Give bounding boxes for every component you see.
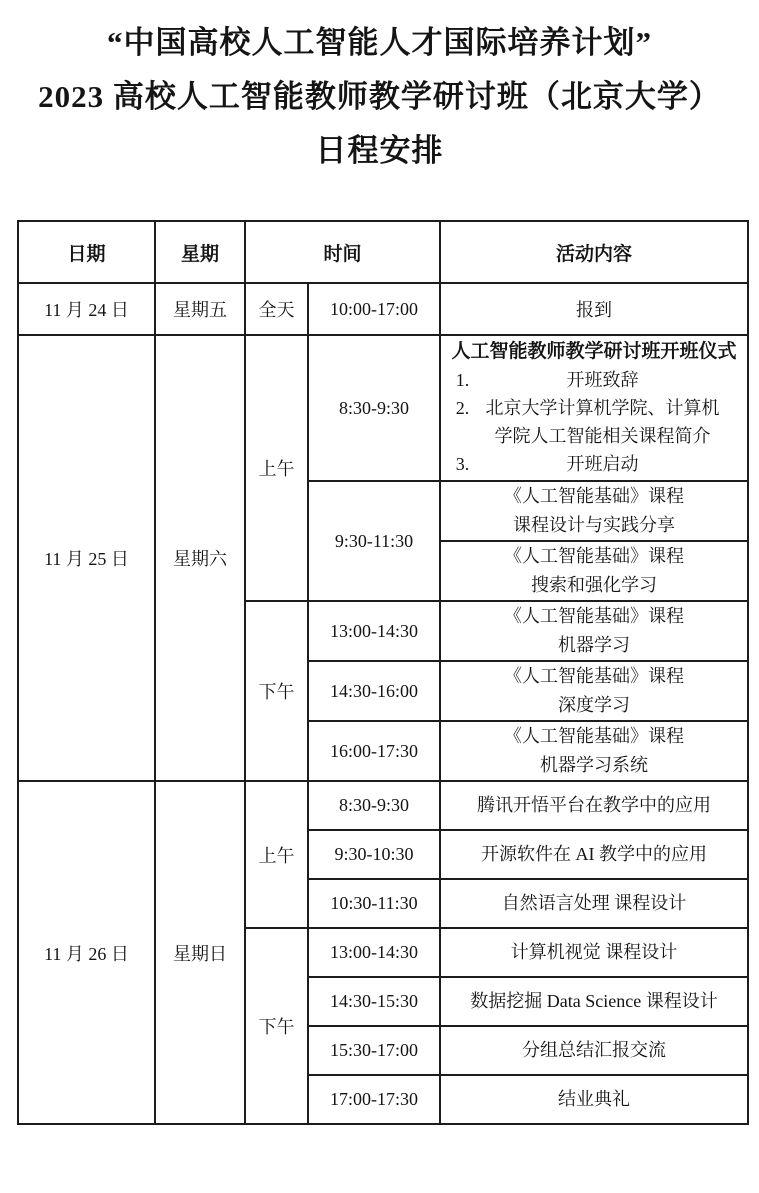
cell-nov26-morning-label: 上午 [245, 781, 308, 928]
cell-nov24-date: 11 月 24 日 [18, 283, 155, 335]
cell-nov25-afternoon-1-slot: 13:00-14:30 [308, 601, 440, 661]
header-date: 日期 [18, 221, 155, 283]
cell-nov26-morning-3-slot: 10:30-11:30 [308, 879, 440, 928]
cell-nov26-afternoon-label: 下午 [245, 928, 308, 1124]
cell-nov26-afternoon-2-slot: 14:30-15:30 [308, 977, 440, 1026]
row-nov24: 11 月 24 日 星期五 全天 10:00-17:00 报到 [18, 283, 748, 335]
cell-nov25-afternoon-label: 下午 [245, 601, 308, 781]
ceremony-item-1: 1. 开班致辞 [441, 366, 747, 394]
cell-nov25-afternoon-1-activity: 《人工智能基础》课程 机器学习 [440, 601, 748, 661]
cell-nov26-afternoon-4-activity: 结业典礼 [440, 1075, 748, 1124]
ceremony-item-2-number: 2. [441, 394, 481, 450]
ceremony-title: 人工智能教师教学研讨班开班仪式 [441, 338, 747, 366]
cell-nov24-activity: 报到 [440, 283, 748, 335]
row-nov26-morning-1: 11 月 26 日 星期日 上午 8:30-9:30 腾讯开悟平台在教学中的应用 [18, 781, 748, 830]
cell-nov25-afternoon-2-slot: 14:30-16:00 [308, 661, 440, 721]
cell-nov24-period: 全天 [245, 283, 308, 335]
document-title: “中国高校人工智能人才国际培养计划” 2023 高校人工智能教师教学研讨班（北京… [0, 0, 759, 178]
cell-nov26-morning-1-slot: 8:30-9:30 [308, 781, 440, 830]
header-activity: 活动内容 [440, 221, 748, 283]
cell-nov26-afternoon-3-activity: 分组总结汇报交流 [440, 1026, 748, 1075]
cell-nov24-week: 星期五 [155, 283, 245, 335]
cell-nov25-afternoon-3-slot: 16:00-17:30 [308, 721, 440, 781]
cell-nov25-ceremony-activity: 人工智能教师教学研讨班开班仪式 1. 开班致辞 2. 北京大学计算机学院、计算机… [440, 335, 748, 481]
ceremony-item-3: 3. 开班启动 [441, 450, 747, 478]
cell-nov26-afternoon-3-slot: 15:30-17:00 [308, 1026, 440, 1075]
cell-nov26-week: 星期日 [155, 781, 245, 1124]
cell-nov25-afternoon-3-activity: 《人工智能基础》课程 机器学习系统 [440, 721, 748, 781]
cell-nov24-slot: 10:00-17:00 [308, 283, 440, 335]
ceremony-item-3-number: 3. [441, 450, 481, 478]
cell-nov25-morning-label: 上午 [245, 335, 308, 601]
title-line-1: “中国高校人工智能人才国际培养计划” [0, 16, 759, 70]
cell-nov26-date: 11 月 26 日 [18, 781, 155, 1124]
cell-nov25-ceremony-slot: 8:30-9:30 [308, 335, 440, 481]
ceremony-item-2-text: 北京大学计算机学院、计算机学院人工智能相关课程简介 [481, 394, 724, 450]
cell-nov25-week: 星期六 [155, 335, 245, 781]
schedule-table: 日期 星期 时间 活动内容 11 月 24 日 星期五 全天 10:00-17:… [17, 220, 749, 1125]
cell-nov26-morning-2-activity: 开源软件在 AI 教学中的应用 [440, 830, 748, 879]
title-line-3: 日程安排 [0, 124, 759, 178]
cell-nov25-afternoon-2-activity: 《人工智能基础》课程 深度学习 [440, 661, 748, 721]
cell-nov26-afternoon-1-slot: 13:00-14:30 [308, 928, 440, 977]
cell-nov25-late-morning-activity-a: 《人工智能基础》课程 课程设计与实践分享 [440, 481, 748, 541]
cell-nov26-afternoon-2-activity: 数据挖掘 Data Science 课程设计 [440, 977, 748, 1026]
header-time: 时间 [245, 221, 440, 283]
document-page: “中国高校人工智能人才国际培养计划” 2023 高校人工智能教师教学研讨班（北京… [0, 0, 759, 1193]
cell-nov26-morning-2-slot: 9:30-10:30 [308, 830, 440, 879]
ceremony-item-1-text: 开班致辞 [481, 366, 724, 394]
cell-nov26-afternoon-4-slot: 17:00-17:30 [308, 1075, 440, 1124]
row-nov25-ceremony: 11 月 25 日 星期六 上午 8:30-9:30 人工智能教师教学研讨班开班… [18, 335, 748, 481]
ceremony-item-1-number: 1. [441, 366, 481, 394]
ceremony-item-2: 2. 北京大学计算机学院、计算机学院人工智能相关课程简介 [441, 394, 747, 450]
header-week: 星期 [155, 221, 245, 283]
ceremony-item-3-text: 开班启动 [481, 450, 724, 478]
cell-nov26-morning-3-activity: 自然语言处理 课程设计 [440, 879, 748, 928]
title-line-2: 2023 高校人工智能教师教学研讨班（北京大学） [0, 70, 759, 124]
cell-nov25-date: 11 月 25 日 [18, 335, 155, 781]
cell-nov26-morning-1-activity: 腾讯开悟平台在教学中的应用 [440, 781, 748, 830]
cell-nov25-late-morning-slot: 9:30-11:30 [308, 481, 440, 601]
cell-nov25-late-morning-activity-b: 《人工智能基础》课程 搜索和强化学习 [440, 541, 748, 601]
cell-nov26-afternoon-1-activity: 计算机视觉 课程设计 [440, 928, 748, 977]
table-header-row: 日期 星期 时间 活动内容 [18, 221, 748, 283]
